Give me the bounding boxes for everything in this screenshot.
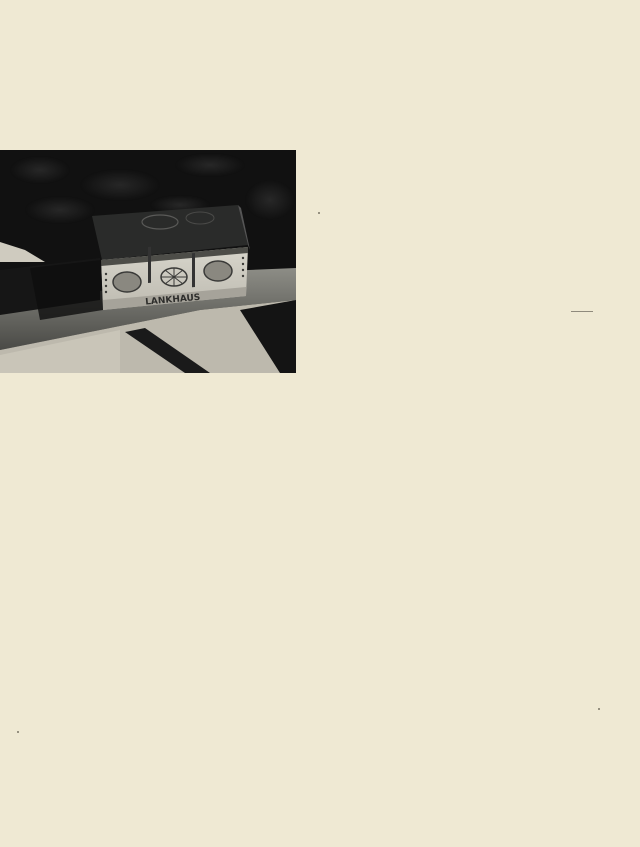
paper-speck (598, 708, 600, 710)
paper-speck (318, 212, 320, 214)
paper-speck (17, 731, 19, 733)
margin-rule (571, 311, 593, 312)
scanned-page: LANKHAUS Black-and-white photograph of a… (0, 0, 640, 847)
photograph: LANKHAUS (0, 150, 296, 373)
